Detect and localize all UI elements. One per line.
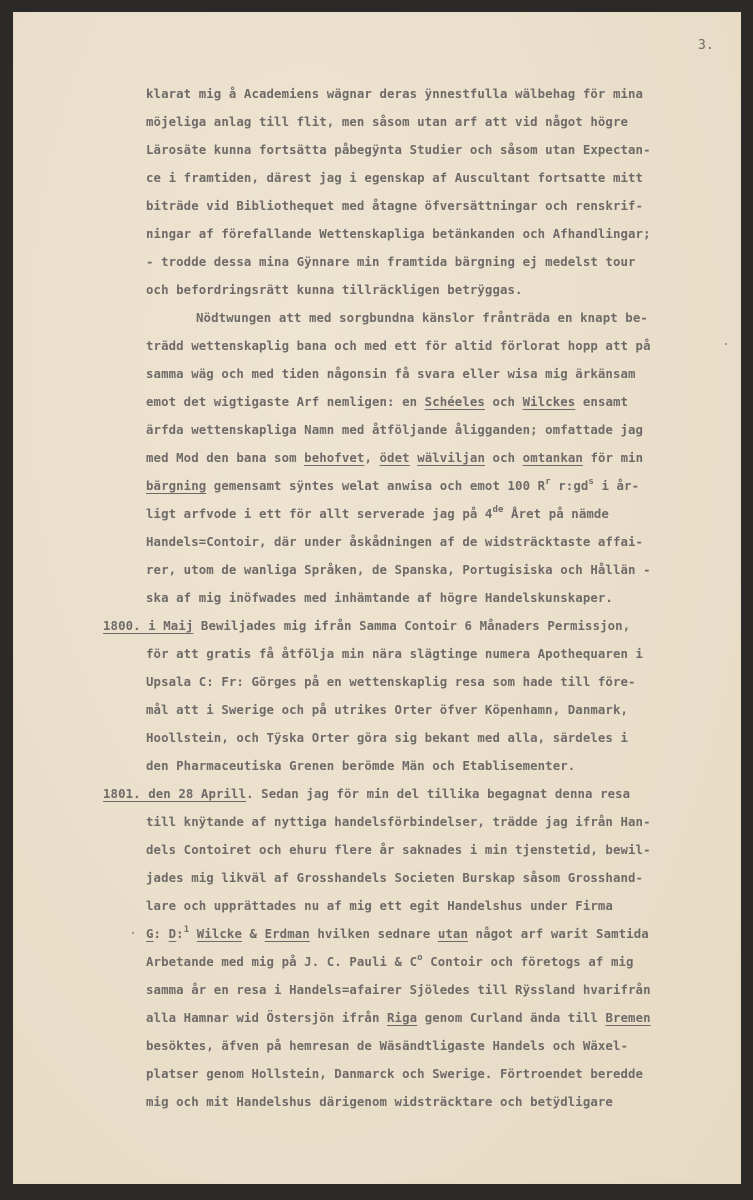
underlined-text: Riga (387, 1011, 417, 1025)
text-segment: besöktes, äfven på hemresan de Wäsändtli… (146, 1039, 628, 1053)
paper-speck (725, 343, 727, 345)
text-segment: ce i framtiden, därest jag i egenskap af… (146, 171, 643, 185)
underlined-text: Wilcke (197, 927, 242, 941)
underlined-text: wälviljan (417, 451, 485, 465)
text-line: emot det wigtigaste Arf nemligen: en Sch… (146, 395, 628, 409)
text-segment: trädd wettenskaplig bana och med ett för… (146, 339, 651, 353)
page-number: 3. (698, 38, 714, 53)
text-line: klarat mig å Academiens wägnar deras ÿnn… (146, 87, 643, 101)
text-segment: ligt arfvode i ett för allt serverade ja… (146, 507, 492, 521)
text-line: platser genom Hollstein, Danmarck och Sw… (146, 1067, 643, 1081)
text-segment: samma år en resa i Handels=afairer Sjöle… (146, 983, 651, 997)
text-segment: alla Hamnar wid Östersjön ifrån (146, 1011, 387, 1025)
underlined-text: 1800. i Maij (103, 619, 193, 633)
text-line: 1800. i Maij Bewiljades mig ifrån Samma … (103, 619, 630, 633)
text-segment: jades mig likväl af Grosshandels Societe… (146, 871, 643, 885)
text-segment: & (242, 927, 265, 941)
underlined-text: ödet (380, 451, 410, 465)
text-segment: möjeliga anlag till flit, men såsom utan… (146, 115, 628, 129)
text-line: rer, utom de wanliga Språken, de Spanska… (146, 563, 651, 577)
text-segment: : (154, 927, 169, 941)
text-line: Upsala C: Fr: Görges på en wettenskaplig… (146, 675, 636, 689)
text-segment: för min (583, 451, 643, 465)
superscript-text: de (492, 505, 503, 515)
text-line: Lärosäte kunna fortsätta påbegÿnta Studi… (146, 143, 651, 157)
text-segment: : (176, 927, 184, 941)
text-line: Hoollstein, och Tÿska Orter göra sig bek… (146, 731, 628, 745)
underlined-text: Bremen (605, 1011, 650, 1025)
underlined-text: bärgning (146, 479, 206, 493)
text-segment: Upsala C: Fr: Görges på en wettenskaplig… (146, 675, 636, 689)
text-line: mål att i Swerige och på utrikes Orter ö… (146, 703, 628, 717)
text-line: besöktes, äfven på hemresan de Wäsändtli… (146, 1039, 628, 1053)
text-line: ärfda wettenskapliga Namn med åtföljande… (146, 423, 643, 437)
text-line: ce i framtiden, därest jag i egenskap af… (146, 171, 643, 185)
text-segment: och (485, 395, 523, 409)
text-segment: lare och upprättades nu af mig ett egit … (146, 899, 613, 913)
text-segment: rer, utom de wanliga Språken, de Spanska… (146, 563, 651, 577)
text-segment: , (364, 451, 379, 465)
text-line: den Pharmaceutiska Grenen berömde Män oc… (146, 759, 575, 773)
text-segment: Contoir och företogs af mig (423, 955, 634, 969)
text-segment: något arf warit Samtida (468, 927, 649, 941)
text-line: samma år en resa i Handels=afairer Sjöle… (146, 983, 651, 997)
text-segment: Hoollstein, och Tÿska Orter göra sig bek… (146, 731, 628, 745)
text-line: lare och upprättades nu af mig ett egit … (146, 899, 613, 913)
text-segment: Nödtwungen att med sorgbundna känslor fr… (196, 311, 648, 325)
text-line: Handels=Contoir, där under åskådningen a… (146, 535, 643, 549)
text-segment: ensamt (575, 395, 628, 409)
text-segment: ska af mig inöfwades med inhämtande af h… (146, 591, 613, 605)
document-page: 3. klarat mig å Academiens wägnar deras … (13, 12, 741, 1184)
text-segment: och befordringsrätt kunna tillräckligen … (146, 283, 523, 297)
underlined-text: omtankan (523, 451, 583, 465)
underlined-text: behofvet (304, 451, 364, 465)
underlined-text: G (146, 927, 154, 941)
text-line: 1801. den 28 Aprill. Sedan jag för min d… (103, 787, 630, 801)
text-segment: för att gratis få åtfölja min nära slägt… (146, 647, 643, 661)
text-segment: ningar af förefallande Wettenskapliga be… (146, 227, 651, 241)
text-segment: biträde vid Bibliothequet med åtagne öfv… (146, 199, 643, 213)
text-segment: r:gd (551, 479, 589, 493)
text-line: dels Contoiret och ehuru flere år saknad… (146, 843, 651, 857)
text-line: möjeliga anlag till flit, men såsom utan… (146, 115, 628, 129)
text-segment: mig och mit Handelshus därigenom widsträ… (146, 1095, 613, 1109)
text-line: - trodde dessa mina Gÿnnare min framtida… (146, 255, 636, 269)
text-line: jades mig likväl af Grosshandels Societe… (146, 871, 643, 885)
text-line: ska af mig inöfwades med inhämtande af h… (146, 591, 613, 605)
text-segment: . Sedan jag för min del tillika begagnat… (246, 787, 630, 801)
text-segment (189, 927, 197, 941)
text-line: mig och mit Handelshus därigenom widsträ… (146, 1095, 613, 1109)
text-line: alla Hamnar wid Östersjön ifrån Riga gen… (146, 1011, 651, 1025)
text-segment: klarat mig å Academiens wägnar deras ÿnn… (146, 87, 643, 101)
underlined-text: Wilckes (523, 395, 576, 409)
text-segment: ärfda wettenskapliga Namn med åtföljande… (146, 423, 643, 437)
text-line: Nödtwungen att med sorgbundna känslor fr… (196, 311, 648, 325)
text-line: och befordringsrätt kunna tillräckligen … (146, 283, 523, 297)
text-segment: i år- (594, 479, 639, 493)
text-segment: genom Curland ända till (417, 1011, 605, 1025)
text-line: G: D:1 Wilcke & Erdman hvilken sednare u… (146, 927, 649, 941)
text-line: Arbetande med mig på J. C. Pauli & Co Co… (146, 955, 634, 969)
text-segment: Bewiljades mig ifrån Samma Contoir 6 Mån… (193, 619, 630, 633)
text-line: ligt arfvode i ett för allt serverade ja… (146, 507, 609, 521)
text-line: till knÿtande af nyttiga handelsförbinde… (146, 815, 651, 829)
paper-speck (132, 932, 134, 934)
text-segment: dels Contoiret och ehuru flere år saknad… (146, 843, 651, 857)
text-segment: och (485, 451, 523, 465)
text-line: ningar af förefallande Wettenskapliga be… (146, 227, 651, 241)
underlined-text: utan (438, 927, 468, 941)
text-segment: gemensamt sÿntes welat anwisa och emot 1… (206, 479, 545, 493)
text-segment: till knÿtande af nyttiga handelsförbinde… (146, 815, 651, 829)
text-line: trädd wettenskaplig bana och med ett för… (146, 339, 651, 353)
text-segment: mål att i Swerige och på utrikes Orter ö… (146, 703, 628, 717)
underlined-text: Schéeles (425, 395, 485, 409)
text-segment: Arbetande med mig på J. C. Pauli & C (146, 955, 417, 969)
text-segment: emot det wigtigaste Arf nemligen: en (146, 395, 425, 409)
text-segment: den Pharmaceutiska Grenen berömde Män oc… (146, 759, 575, 773)
text-segment: samma wäg och med tiden någonsin få svar… (146, 367, 636, 381)
text-segment: Handels=Contoir, där under åskådningen a… (146, 535, 643, 549)
underlined-text: Erdman (265, 927, 310, 941)
text-segment: Lärosäte kunna fortsätta påbegÿnta Studi… (146, 143, 651, 157)
text-segment: platser genom Hollstein, Danmarck och Sw… (146, 1067, 643, 1081)
text-segment: hvilken sednare (310, 927, 438, 941)
text-segment: Året på nämde (504, 507, 609, 521)
text-segment: med Mod den bana som (146, 451, 304, 465)
text-line: biträde vid Bibliothequet med åtagne öfv… (146, 199, 643, 213)
text-segment: - trodde dessa mina Gÿnnare min framtida… (146, 255, 636, 269)
text-line: med Mod den bana som behofvet, ödet wälv… (146, 451, 643, 465)
text-line: samma wäg och med tiden någonsin få svar… (146, 367, 636, 381)
text-line: för att gratis få åtfölja min nära slägt… (146, 647, 643, 661)
text-line: bärgning gemensamt sÿntes welat anwisa o… (146, 479, 639, 493)
underlined-text: 1801. den 28 Aprill (103, 787, 246, 801)
